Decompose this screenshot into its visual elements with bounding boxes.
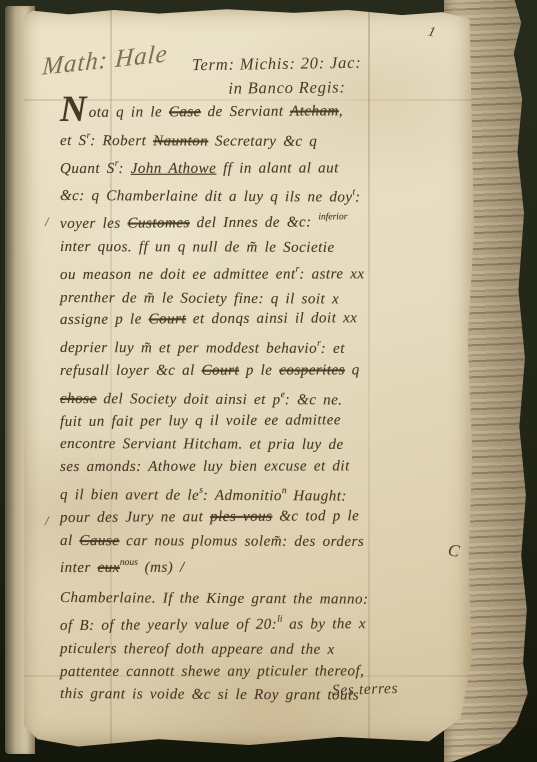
catchword: Ses terres [332, 680, 399, 700]
deleted-word: Customes [127, 215, 189, 231]
superscript-abbreviation: nous [120, 558, 138, 568]
manuscript-line: pticulers thereof doth appeare and the x [60, 638, 450, 662]
owner-signature: Math: Hale [41, 40, 168, 82]
deleted-word: Court [149, 312, 187, 328]
text-run: deprier luy m̃ et per moddest behavio [60, 340, 317, 357]
text-run: &c tod p le [272, 508, 359, 525]
deleted-word: Naunton [153, 133, 208, 149]
text-run: car nous plomus solem̃: des orders [119, 533, 364, 550]
text-run: inter [60, 560, 98, 576]
text-run: : astre xx [299, 266, 364, 282]
text-run: et S [60, 133, 87, 149]
text-run: ota q in le [89, 104, 169, 120]
text-run: ff in alant al aut [216, 160, 338, 176]
text-run: : Robert [90, 133, 153, 149]
text-run: : [355, 190, 361, 206]
text-run: : [118, 160, 130, 176]
text-run: p le [239, 363, 279, 379]
text-run: et donqs ainsi il doit xx [186, 311, 357, 328]
text-run: Quant S [60, 160, 115, 176]
superscript-abbreviation: inferior [318, 212, 347, 222]
text-run: del Innes de &c: [190, 215, 319, 232]
folio-number: 1 [426, 24, 437, 41]
manuscript-line: inter euxnous (ms) / [60, 552, 450, 581]
text-run: as by the x [282, 616, 366, 633]
deleted-word: Case [169, 104, 201, 120]
text-run: encontre Serviant Hitcham. et pria luy d… [60, 436, 344, 453]
text-run: of B: of the yearly value of 20: [60, 617, 277, 634]
manuscript-page: 1 Math: Hale Term: Michis: 20: Jac: in B… [24, 7, 474, 748]
manuscript-line: ses amonds: Athowe luy bien excuse et di… [60, 455, 450, 479]
manuscript-line: inter quos. ff un q null de m̃ le Societ… [60, 236, 450, 260]
text-run: , [339, 103, 343, 119]
manuscript-body: Nota q in le Case de Serviant Atcham,et … [60, 102, 450, 706]
text-run: q [345, 362, 360, 378]
text-run: al [60, 533, 79, 549]
text-run: : Admonitio [203, 488, 282, 504]
manuscript-line: et Sr: Robert Naunton Secretary &c q [60, 125, 450, 154]
text-run: this grant is voide &c si le Roy grant t… [60, 686, 359, 704]
text-run: pticulers thereof doth appeare and the x [60, 641, 335, 658]
heading-term: Term: Michis: 20: Jac: [192, 53, 362, 75]
text-run: q il bien avert de le [60, 487, 199, 504]
manuscript-line: al Cause car nous plomus solem̃: des ord… [60, 530, 450, 554]
manuscript-line: assigne p le Court et donqs ainsi il doi… [60, 307, 450, 332]
text-run: assigne p le [60, 312, 149, 329]
manuscript-line: deprier luy m̃ et per moddest behavior: … [60, 332, 450, 361]
margin-tick: / [45, 211, 49, 234]
deleted-word: eux [98, 560, 120, 576]
margin-tick: / [45, 510, 49, 533]
margin-mark: C [446, 540, 461, 562]
text-run: prenther de m̃ le Society fine: q il soi… [60, 290, 339, 307]
manuscript-line: ou meason ne doit ee admittee entr: astr… [60, 258, 450, 287]
deleted-word: ples vous [210, 508, 273, 524]
text-run: ou meason ne doit ee admittee ent [60, 266, 296, 282]
text-run: Haught: [287, 488, 347, 504]
text-run: de Serviant [201, 104, 290, 121]
heading-court: in Banco Regis: [202, 77, 372, 99]
text-run: voyer les [60, 216, 128, 232]
text-run: (ms) / [138, 560, 185, 576]
manuscript-line: Nota q in le Case de Serviant Atcham, [60, 100, 450, 125]
manuscript-line: refusall loyer &c al Court p le cosperit… [60, 359, 450, 383]
manuscript-line: encontre Serviant Hitcham. et pria luy d… [60, 433, 450, 457]
text-run: Secretary &c q [208, 133, 317, 149]
manuscript-photo: 1 Math: Hale Term: Michis: 20: Jac: in B… [0, 0, 537, 762]
text-run: &c: q Chamberlaine dit a luy q ils ne do… [60, 188, 353, 206]
text-run: inter quos. ff un q null de m̃ le Societ… [60, 239, 335, 256]
text-run: pattentee cannott shewe any pticuler the… [60, 663, 364, 680]
manuscript-line: /pour des Jury ne aut ples vous &c tod p… [60, 504, 450, 529]
text-run: refusall loyer &c al [60, 363, 202, 379]
text-run: : &c ne. [285, 392, 343, 408]
manuscript-line: of B: of the yearly value of 20:li as by… [60, 608, 450, 638]
text-run: Chamberlaine. If the Kinge grant the man… [60, 590, 369, 608]
manuscript-line: Quant Sr: John Athowe ff in alant al aut [60, 152, 450, 181]
deleted-word: chose [60, 391, 97, 407]
deleted-word: Cause [79, 533, 119, 549]
manuscript-line: /voyer les Customes del Innes de &c: inf… [60, 206, 450, 236]
text-run: pour des Jury ne aut [60, 509, 210, 526]
deleted-word: Atcham [290, 103, 339, 119]
deleted-word: cosperites [279, 362, 345, 378]
manuscript-line: fuit un fait per luy q il voile ee admit… [60, 408, 450, 433]
deleted-word: Court [202, 363, 240, 379]
text-run: : et [321, 341, 345, 357]
text-run: ses amonds: Athowe luy bien excuse et di… [60, 459, 350, 476]
decorated-initial: N [60, 89, 87, 130]
underlined-name: John Athowe [131, 160, 217, 176]
text-run: del Society doit ainsi et p [97, 391, 281, 408]
text-run: fuit un fait per luy q il voile ee admit… [60, 412, 341, 430]
